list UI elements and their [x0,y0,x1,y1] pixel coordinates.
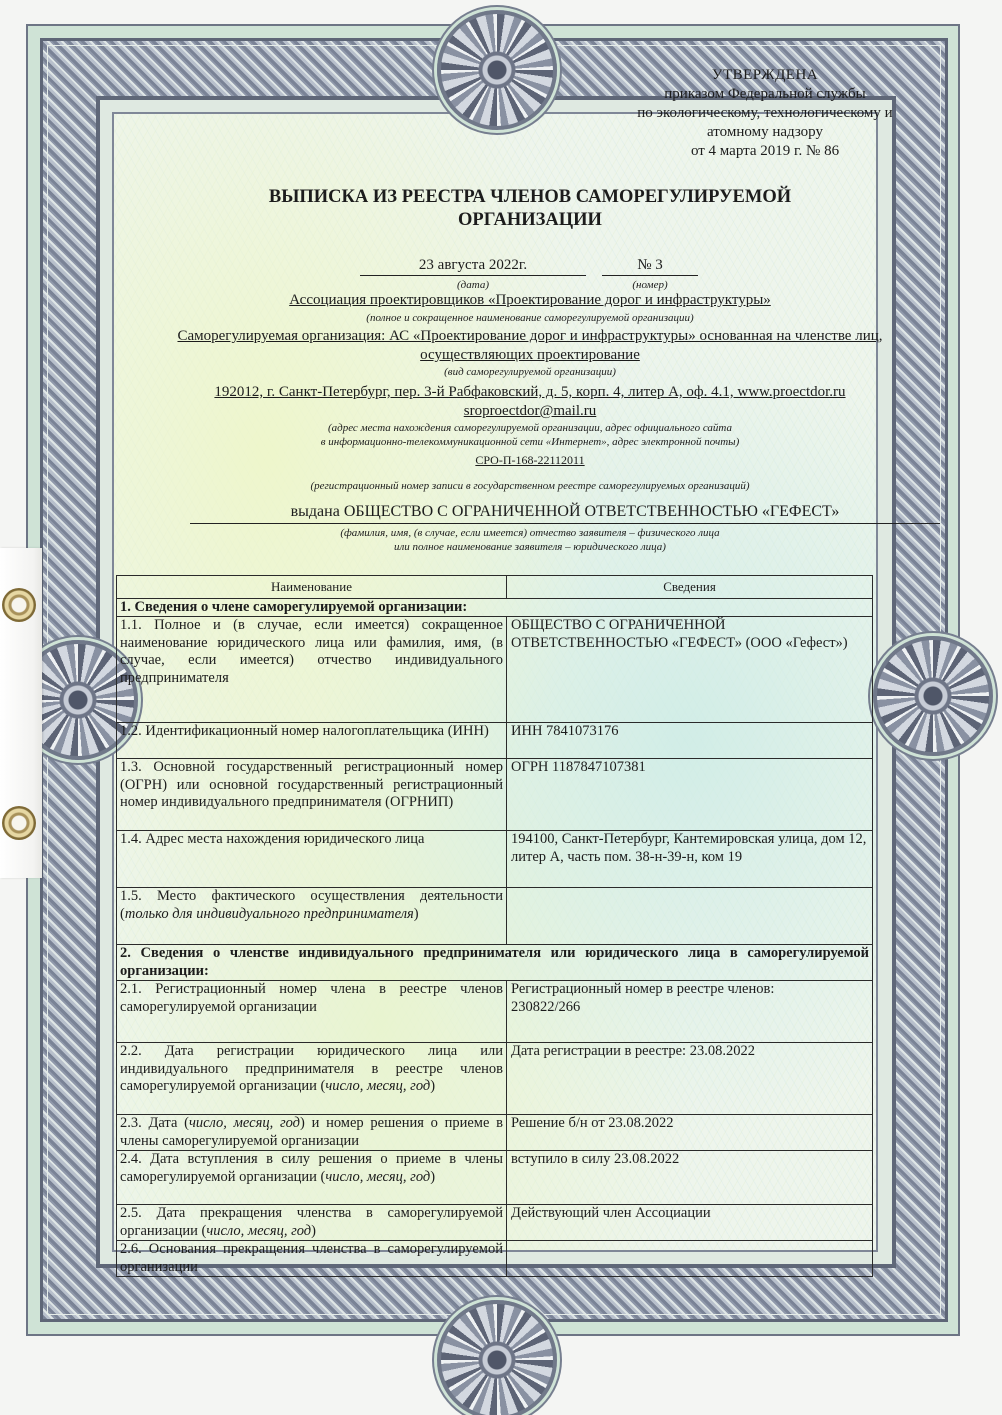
organization-name-caption: (полное и сокращенное наименование самор… [120,311,940,325]
row-value: ИНН 7841073176 [507,723,873,759]
row-value [507,888,873,945]
row-label: 1.3. Основной государственный регистраци… [117,759,507,831]
label-italic: число, месяц, год [206,1223,311,1239]
registry-table: Наименование Сведения 1. Сведения о член… [116,575,873,1277]
caption-line: (адрес места нахождения саморегулируемой… [120,421,940,435]
row-value: 194100, Санкт-Петербург, Кантемировская … [507,831,873,888]
column-header-name: Наименование [117,576,507,599]
row-label: 2.6. Основания прекращения членства в са… [117,1241,507,1277]
table-row: 1.5. Место фактического осуществления де… [117,888,873,945]
row-label: 1.5. Место фактического осуществления де… [117,888,507,945]
issue-date-caption: (дата) [360,278,586,292]
label-italic: число, месяц, год [325,1078,430,1094]
organization-address-caption: (адрес места нахождения саморегулируемой… [120,421,940,449]
caption-line: или полное наименование заявителя – юрид… [120,540,940,554]
row-value: Действующий член Ассоциации [507,1205,873,1241]
label-text: ) [414,906,419,922]
label-italic: число, месяц, год [325,1169,430,1185]
row-label: 2.2. Дата регистрации юридического лица … [117,1043,507,1115]
organization-email: sroproectdor@mail.ru [120,402,940,421]
organization-type: Саморегулируемая организация: АС «Проект… [120,327,940,346]
binding-strip [0,548,42,878]
sro-registration-caption: (регистрационный номер записи в государс… [120,479,940,493]
table-row: 2.3. Дата (число, месяц, год) и номер ре… [117,1115,873,1151]
row-label: 1.4. Адрес места нахождения юридического… [117,831,507,888]
row-label: 2.5. Дата прекращения членства в саморег… [117,1205,507,1241]
grommet-icon [2,588,36,622]
table-row: 1.3. Основной государственный регистраци… [117,759,873,831]
rosette-ornament-icon [437,1300,557,1415]
column-header-details: Сведения [507,576,873,599]
document-title: ВЫПИСКА ИЗ РЕЕСТРА ЧЛЕНОВ САМОРЕГУЛИРУЕМ… [150,186,910,232]
approval-order: от 4 марта 2019 г. № 86 [600,142,930,161]
table-row: 2.4. Дата вступления в силу решения о пр… [117,1151,873,1205]
grommet-icon [2,806,36,840]
table-row: 1.2. Идентификационный номер налогоплате… [117,723,873,759]
row-label: 2.3. Дата (число, месяц, год) и номер ре… [117,1115,507,1151]
organization-type-cont: осуществляющих проектирование [120,346,940,365]
section-row: 2. Сведения о членстве индивидуального п… [117,945,873,981]
sro-registration-number: СРО-П-168-22112011 [120,451,940,470]
approval-line: атомному надзору [600,123,930,142]
value-line: 230822/266 [511,999,869,1017]
issue-date: 23 августа 2022г. [360,256,586,276]
approval-line: приказом Федеральной службы [600,85,930,104]
row-value: Дата регистрации в реестре: 23.08.2022 [507,1043,873,1115]
caption-line: в информационно-телекоммуникационной сет… [120,435,940,449]
row-value: ОГРН 1187847107381 [507,759,873,831]
issue-date-number: 23 августа 2022г. № 3 [360,256,700,276]
table-row: 1.1. Полное и (в случае, если имеется) с… [117,617,873,723]
row-value [507,1241,873,1277]
section-row: 1. Сведения о члене саморегулируемой орг… [117,598,873,617]
label-italic: число, месяц, год [189,1115,300,1131]
rosette-ornament-icon [873,636,993,756]
row-value: вступило в силу 23.08.2022 [507,1151,873,1205]
table-row: 1.4. Адрес места нахождения юридического… [117,831,873,888]
label-text: ) [311,1223,316,1239]
table-row: 2.1. Регистрационный номер члена в реест… [117,981,873,1043]
label-text: 2.4. Дата вступления в силу решения о пр… [120,1151,503,1185]
caption-line: (фамилия, имя, (в случае, если имеется) … [120,526,940,540]
row-label: 2.1. Регистрационный номер члена в реест… [117,981,507,1043]
issue-number-caption: (номер) [602,278,698,292]
document-title-line1: ВЫПИСКА ИЗ РЕЕСТРА ЧЛЕНОВ САМОРЕГУЛИРУЕМ… [150,186,910,209]
label-italic: только для индивидуального предпринимате… [125,906,414,922]
row-label: 1.1. Полное и (в случае, если имеется) с… [117,617,507,723]
approval-line: по экологическому, технологическому и [600,104,930,123]
document-title-line2: ОРГАНИЗАЦИИ [150,209,910,232]
table-row: 2.6. Основания прекращения членства в са… [117,1241,873,1277]
value-line: Регистрационный номер в реестре членов: [511,981,869,999]
issued-to: выдана ОБЩЕСТВО С ОГРАНИЧЕННОЙ ОТВЕТСТВЕ… [190,502,940,524]
label-text: ) [430,1078,435,1094]
table-header-row: Наименование Сведения [117,576,873,599]
table-row: 2.2. Дата регистрации юридического лица … [117,1043,873,1115]
section-1-heading: 1. Сведения о члене саморегулируемой орг… [117,598,873,617]
issue-number: № 3 [602,256,698,276]
approval-heading: УТВЕРЖДЕНА [600,66,930,85]
label-text: 2.2. Дата регистрации юридического лица … [120,1043,503,1094]
row-label: 1.2. Идентификационный номер налогоплате… [117,723,507,759]
row-value: Решение б/н от 23.08.2022 [507,1115,873,1151]
table-row: 2.5. Дата прекращения членства в саморег… [117,1205,873,1241]
organization-name: Ассоциация проектировщиков «Проектирован… [120,291,940,310]
label-text: ) [430,1169,435,1185]
approval-block: УТВЕРЖДЕНА приказом Федеральной службы п… [600,66,930,161]
label-text: 2.3. Дата ( [120,1115,189,1131]
row-label: 2.4. Дата вступления в силу решения о пр… [117,1151,507,1205]
row-value: Регистрационный номер в реестре членов: … [507,981,873,1043]
organization-type-caption: (вид саморегулируемой организации) [120,365,940,379]
section-2-heading: 2. Сведения о членстве индивидуального п… [117,945,873,981]
issued-to-caption: (фамилия, имя, (в случае, если имеется) … [120,526,940,554]
row-value: ОБЩЕСТВО С ОГРАНИЧЕННОЙ ОТВЕТСТВЕННОСТЬЮ… [507,617,873,723]
organization-address: 192012, г. Санкт-Петербург, пер. 3-й Раб… [120,383,940,402]
rosette-ornament-icon [437,10,557,130]
